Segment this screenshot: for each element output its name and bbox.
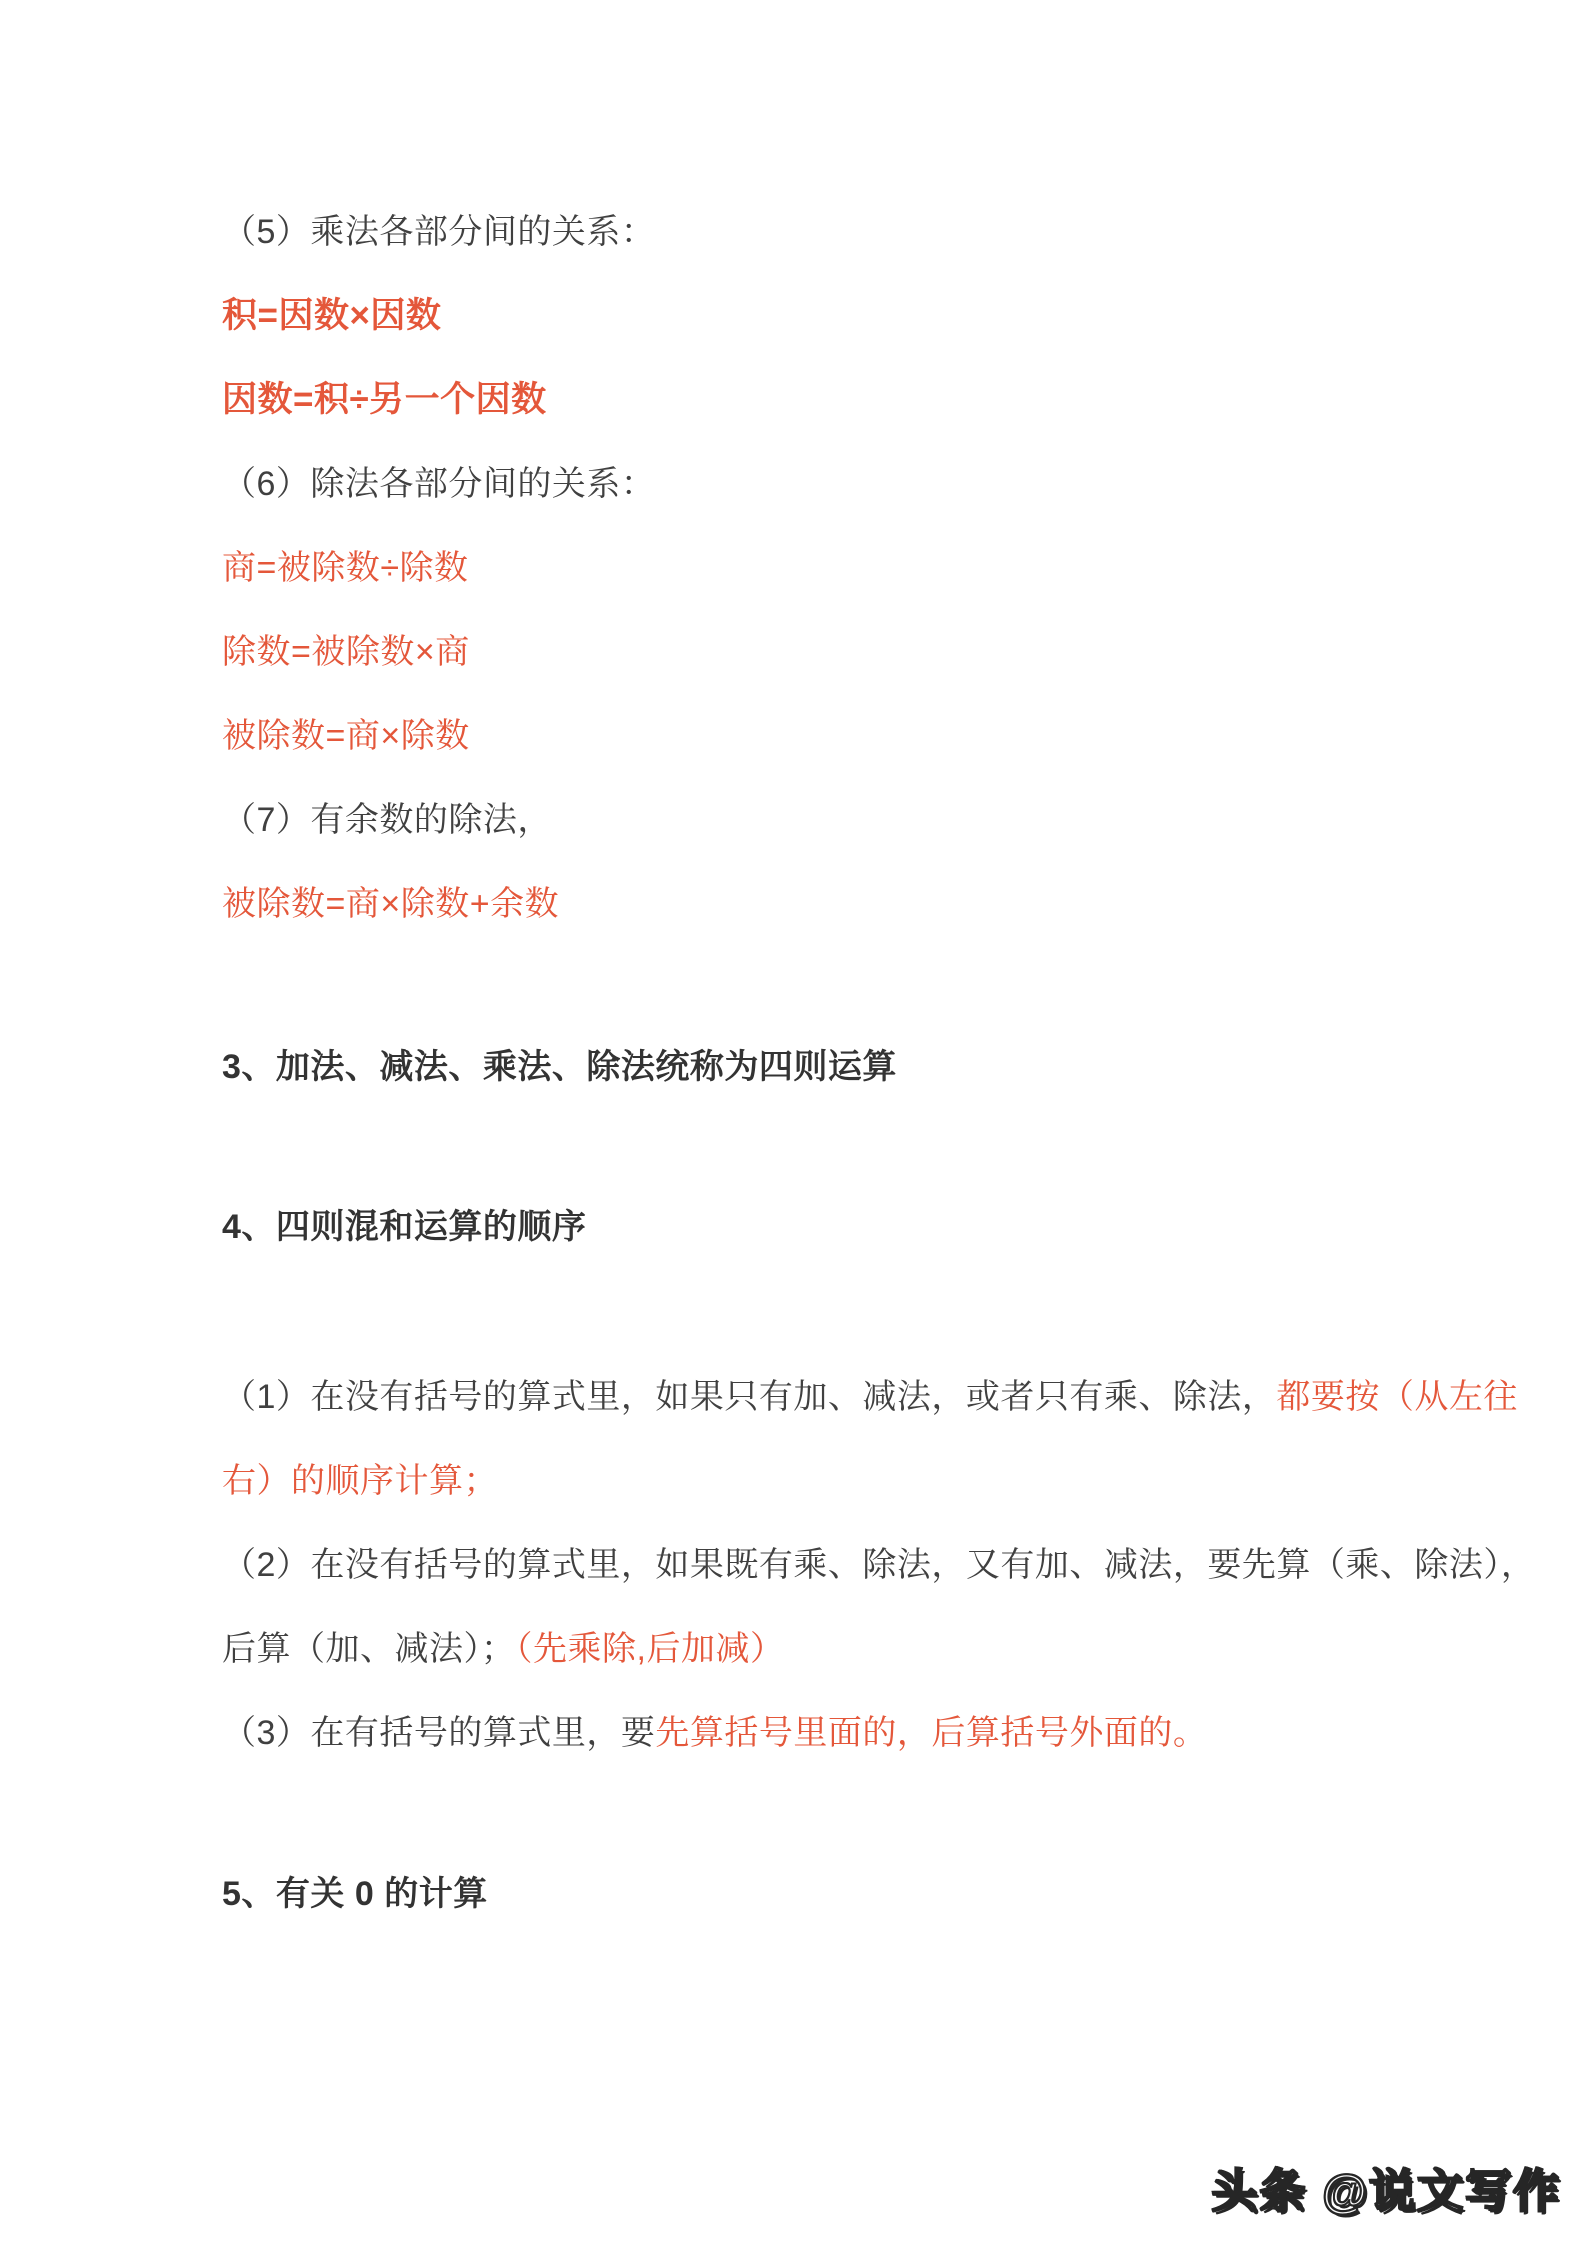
text-segment: （2）在没有括号的算式里，如果既有乘、除法，又有加、减法，要先算（乘、除法）， xyxy=(222,1546,1535,1584)
article-page: { "page": { "width": 1587, "height": 224… xyxy=(0,0,1587,2245)
text-segment: 商=被除数÷除数 xyxy=(222,549,469,587)
text-segment: 3、加法、减法、乘法、除法统称为四则运算 xyxy=(222,1048,897,1086)
rule-2-line-1: （2）在没有括号的算式里，如果既有乘、除法，又有加、减法，要先算（乘、除法）， xyxy=(222,1523,1447,1607)
text-segment: 被除数=商×除数 xyxy=(222,717,470,755)
text-segment: 因数=积÷另一个因数 xyxy=(222,380,547,419)
toutiao-watermark: 头条 @说文写作 xyxy=(1211,2155,1561,2221)
rule-2-line-2: 后算（加、减法）；（先乘除,后加减） xyxy=(222,1607,1447,1691)
heading-3: 3、加法、减法、乘法、除法统称为四则运算 xyxy=(222,1025,1447,1109)
equation-divisor: 除数=被除数×商 xyxy=(222,610,1447,694)
text-segment: 被除数=商×除数+余数 xyxy=(222,885,559,923)
text-segment: 除数=被除数×商 xyxy=(222,633,470,671)
item-7-label: （7）有余数的除法， xyxy=(222,778,1447,862)
heading-4: 4、四则混和运算的顺序 xyxy=(222,1185,1447,1269)
equation-remainder: 被除数=商×除数+余数 xyxy=(222,862,1447,946)
rule-1-line-2: 右）的顺序计算； xyxy=(222,1439,1447,1523)
item-6-label: （6）除法各部分间的关系： xyxy=(222,442,1447,526)
text-segment: （7）有余数的除法， xyxy=(222,801,552,839)
equation-factor: 因数=积÷另一个因数 xyxy=(222,358,1447,442)
equation-quotient: 商=被除数÷除数 xyxy=(222,526,1447,610)
text-segment: （先乘除,后加减） xyxy=(516,1630,785,1668)
equation-dividend: 被除数=商×除数 xyxy=(222,694,1447,778)
equation-product: 积=因数×因数 xyxy=(222,274,1447,358)
text-segment: 先算括号里面的，后算括号外面的。 xyxy=(655,1714,1207,1752)
text-segment: 4、四则混和运算的顺序 xyxy=(222,1208,586,1246)
text-segment: 积=因数×因数 xyxy=(222,296,441,335)
item-5-label: （5）乘法各部分间的关系： xyxy=(222,190,1447,274)
text-segment: 右）的顺序计算； xyxy=(222,1462,498,1500)
rule-3: （3）在有括号的算式里，要先算括号里面的，后算括号外面的。 xyxy=(222,1691,1447,1775)
text-segment: 5、有关 0 的计算 xyxy=(222,1875,488,1913)
heading-5: 5、有关 0 的计算 xyxy=(222,1852,1447,1936)
text-segment: 后算（加、减法）； xyxy=(222,1630,516,1668)
text-segment: （1）在没有括号的算式里，如果只有加、减法，或者只有乘、除法， xyxy=(222,1378,1276,1416)
rule-1-line-1: （1）在没有括号的算式里，如果只有加、减法，或者只有乘、除法，都要按（从左往 xyxy=(222,1355,1447,1439)
text-segment: （6）除法各部分间的关系： xyxy=(222,465,655,503)
text-segment: 都要按（从左往 xyxy=(1276,1378,1518,1416)
text-segment: （5）乘法各部分间的关系： xyxy=(222,213,655,251)
text-segment: （3）在有括号的算式里，要 xyxy=(222,1714,655,1752)
document-body: （5）乘法各部分间的关系：积=因数×因数因数=积÷另一个因数（6）除法各部分间的… xyxy=(0,0,1587,1936)
